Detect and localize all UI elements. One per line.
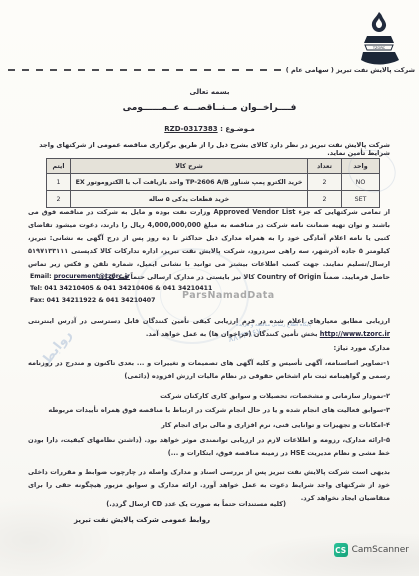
- cell-unit: SET: [342, 191, 380, 208]
- logo-banner-text: TZORC: [372, 46, 386, 50]
- subject-line: مـوضـوع : RZD-0317383: [0, 125, 419, 133]
- subject-label: مـوضـوع :: [220, 125, 255, 133]
- cd-note: (کلیه مستندات حتماً به صورت یک عدد CD ار…: [28, 500, 286, 508]
- email-link[interactable]: procurement@tzorc.ir: [54, 273, 130, 280]
- goods-table: ایتم شرح کالا تعداد واحد 1 خرید الکترو پ…: [46, 158, 380, 208]
- guarantee-amount: 4,000,000,000: [147, 221, 200, 229]
- dashed-line: [8, 69, 282, 71]
- page-title: فــــراخــوان مــنــاقصـــه عــمــــــوم…: [0, 103, 419, 113]
- intro-paragraph: شرکت پالایش نفت تبریز در نظر دارد کالای …: [28, 141, 390, 157]
- header-rule: شرکت پالایش نفت تبریز ( سهامی عام ): [8, 66, 415, 74]
- camscanner-label: CamScanner: [352, 545, 409, 555]
- company-logo: TZORC: [357, 10, 401, 68]
- table-row: 2 خرید قطعات یدکی ۵ ساله 2 SET: [47, 191, 380, 208]
- cell-item: 2: [47, 191, 71, 208]
- cell-description: خرید قطعات یدکی ۵ ساله: [71, 191, 308, 208]
- torch-logo-icon: TZORC: [357, 10, 401, 68]
- email-label: Email:: [30, 273, 54, 280]
- col-header-item: ایتم: [47, 159, 71, 174]
- camscanner-icon: CS: [334, 543, 348, 557]
- requirements-title: مدارک مورد نیاز:: [28, 344, 390, 352]
- evaluation-text-2: بخش تأمین کنندگان (فراخوان ها) به عمل خو…: [146, 330, 320, 338]
- evaluation-text-1: ارزیابی مطابق معیارهای اعلام شده در فرم …: [28, 317, 390, 325]
- table-row: 1 خرید الکترو پمپ شناور TP-2606 A/B واحد…: [47, 174, 380, 191]
- country-of-origin-text: Country of Origin: [257, 273, 321, 281]
- bismillah: بسمه تعالی: [0, 88, 419, 96]
- cell-qty: 2: [308, 191, 342, 208]
- col-header-qty: تعداد: [308, 159, 342, 174]
- round-stamp-inner: [160, 268, 222, 322]
- col-header-description: شرح کالا: [71, 159, 308, 174]
- vendor-text-1: از تمامی شرکتهایی که جزء: [295, 208, 390, 216]
- approved-vendor-list-text: Approved Vendor List: [214, 208, 296, 216]
- requirement-item-2: ۲-نمودار سازمانی و مشخصات، تحصیلات و سوا…: [28, 390, 390, 403]
- subject-code: RZD-0317383: [164, 125, 217, 133]
- company-name: شرکت پالایش نفت تبریز ( سهامی عام ): [286, 66, 415, 74]
- table-header-row: ایتم شرح کالا تعداد واحد: [47, 159, 380, 174]
- requirement-item-1: ۱-تصاویر اساسنامه، آگهی تأسیس و کلیه آگه…: [28, 357, 390, 383]
- requirement-item-3: ۳-سوابق فعالیت های انجام شده و یا در حال…: [28, 404, 390, 417]
- website-link[interactable]: http://www.tzorc.ir: [320, 330, 390, 338]
- requirement-item-4: ۴-امکانات و تجهیزات و توانایی فنی، نرم ا…: [28, 419, 390, 432]
- cell-description: خرید الکترو پمپ شناور TP-2606 A/B واحد ب…: [71, 174, 308, 191]
- cell-item: 1: [47, 174, 71, 191]
- scanned-tender-document: TZORC شرکت پالایش نفت تبریز ( سهامی عام …: [0, 0, 419, 576]
- cell-qty: 2: [308, 174, 342, 191]
- evaluation-paragraph: ارزیابی مطابق معیارهای اعلام شده در فرم …: [28, 315, 390, 341]
- signature-line: روابط عمومی شرکت پالایش نفت تبریز: [74, 516, 210, 524]
- camscanner-badge: CS CamScanner: [334, 543, 409, 557]
- requirement-item-5: ۵-ارائه مدارک، رزومه و اطلاعات لازم در ا…: [28, 434, 390, 460]
